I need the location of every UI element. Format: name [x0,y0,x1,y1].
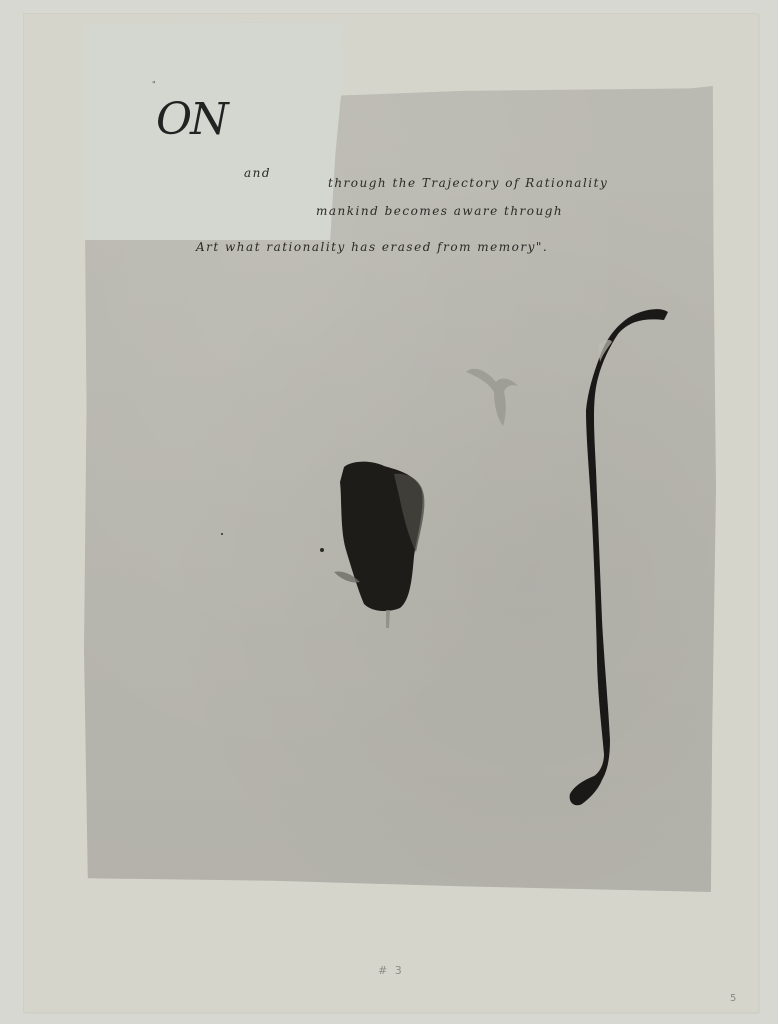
brush-stroke-dry-highlight [598,340,612,362]
ink-marks [0,0,778,1024]
faint-bird-mark [466,369,518,426]
sheet-label: # 3 [378,964,404,977]
ink-blot-tail [386,610,390,628]
ink-speck [320,548,324,552]
ink-speck [221,533,223,535]
vertical-brush-stroke [570,309,668,805]
page-number: 5 [730,993,736,1004]
